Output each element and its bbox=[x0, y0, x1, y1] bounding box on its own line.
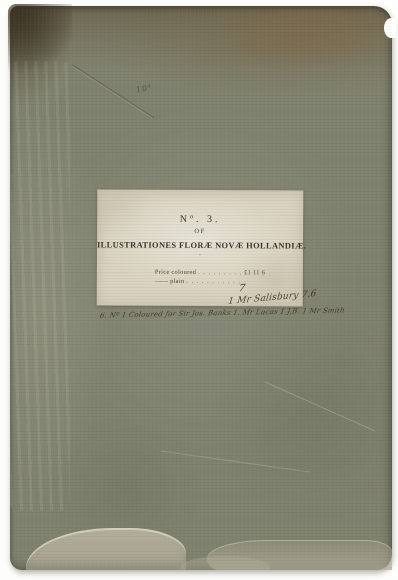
price-coloured-value: £1 11 6 bbox=[244, 269, 265, 276]
abrasion-bottom-right bbox=[207, 540, 392, 570]
label-of: OF bbox=[97, 227, 303, 235]
handwriting-distribution-line: 6. Nº 1 Coloured for Sir Jos. Banks 1. M… bbox=[99, 306, 345, 319]
book-cover: 10⁴ Nº. 3. OF ILLUSTRATIONES FLORÆ NOVÆ … bbox=[10, 6, 392, 570]
handwritten-plain-price: 7 bbox=[238, 283, 246, 294]
price-plain-label: —— plain bbox=[155, 278, 185, 285]
crease-line-bottom-right bbox=[265, 382, 375, 432]
price-coloured-dots: . . . . . . . . . bbox=[198, 269, 242, 276]
printed-label: Nº. 3. OF ILLUSTRATIONES FLORÆ NOVÆ HOLL… bbox=[97, 189, 304, 306]
wear-streaks-left bbox=[10, 61, 70, 511]
price-block: Price coloured . . . . . . . . . £1 11 6… bbox=[155, 268, 265, 287]
photograph-backdrop: 10⁴ Nº. 3. OF ILLUSTRATIONES FLORÆ NOVÆ … bbox=[0, 0, 398, 580]
crease-line-bottom bbox=[161, 451, 310, 473]
torn-patch-bottom-left bbox=[26, 528, 186, 570]
label-ornament-dot: . bbox=[97, 250, 303, 256]
price-row-plain: —— plain . . . . . . . . . . . bbox=[155, 277, 265, 287]
torn-edge-top-right bbox=[384, 18, 396, 38]
stain-top-right bbox=[182, 10, 392, 105]
pencil-inscription: 10⁴ bbox=[135, 83, 153, 95]
label-number: Nº. 3. bbox=[97, 189, 303, 225]
price-coloured-label: Price coloured bbox=[155, 269, 196, 276]
price-plain-dots: . . . . . . . . . . . bbox=[186, 278, 241, 285]
